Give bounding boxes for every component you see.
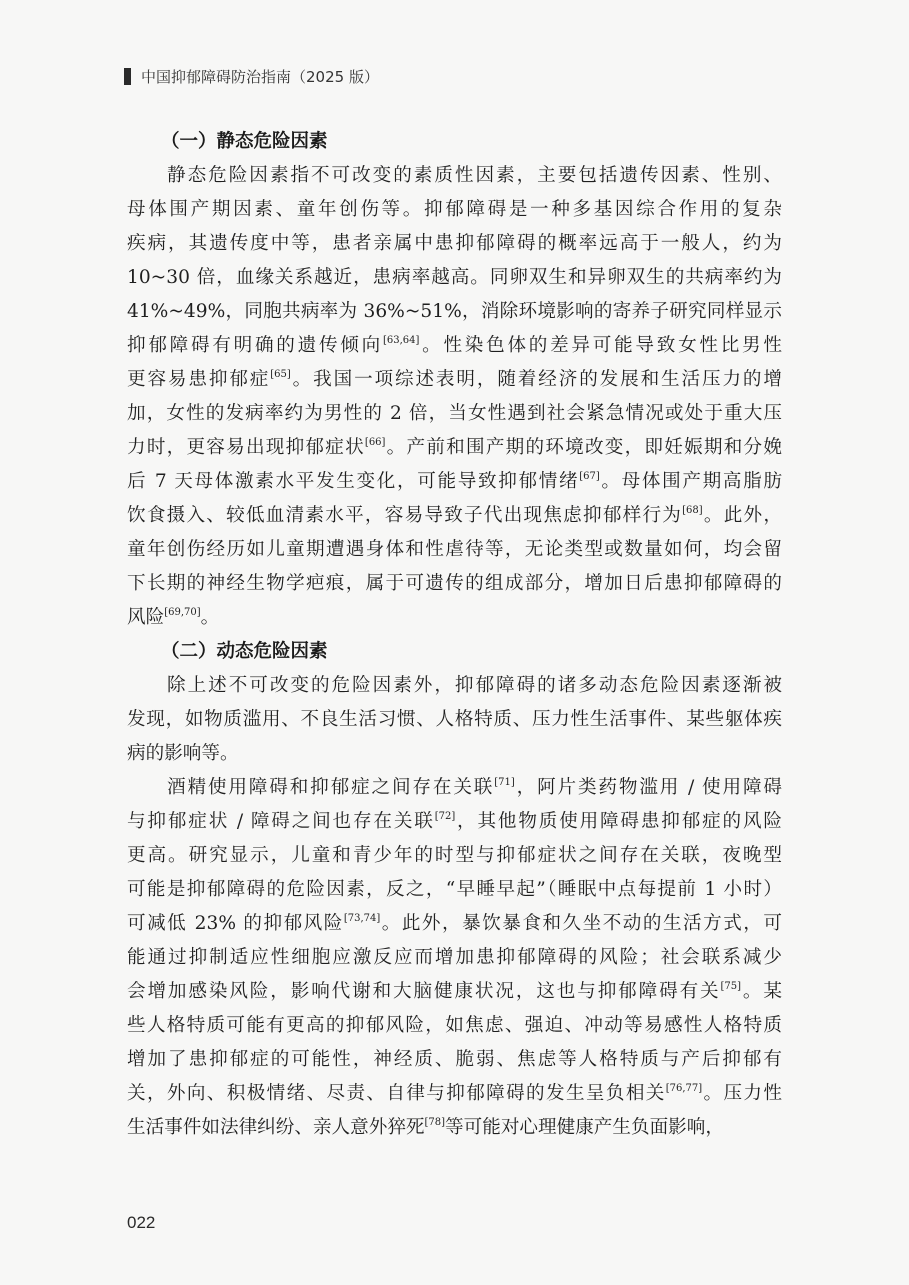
text-line: 除上述不可改变的危险因素外，抑郁障碍的诸多动态危险因素逐渐被 bbox=[127, 669, 782, 703]
text-line: 增加了患抑郁症的可能性，神经质、脆弱、焦虑等人格特质与产后抑郁有 bbox=[127, 1043, 782, 1077]
text-line: 会增加感染风险，影响代谢和大脑健康状况，这也与抑郁障碍有关[75]。某 bbox=[127, 975, 782, 1009]
citation: [68] bbox=[682, 505, 703, 516]
citation: [67] bbox=[579, 471, 600, 482]
text-line: 风险[69,70]。 bbox=[127, 601, 782, 635]
text-line: 可减低 23% 的抑郁风险[73,74]。此外，暴饮暴食和久坐不动的生活方式，可 bbox=[127, 907, 782, 941]
text-line: 疾病，其遗传度中等，患者亲属中患抑郁障碍的概率远高于一般人，约为 bbox=[127, 227, 782, 261]
citation: [73,74] bbox=[344, 913, 380, 924]
paragraph-dynamic-intro: 除上述不可改变的危险因素外，抑郁障碍的诸多动态危险因素逐渐被发现，如物质滥用、不… bbox=[127, 669, 782, 771]
text-line: 生活事件如法律纠纷、亲人意外猝死[78]等可能对心理健康产生负面影响， bbox=[127, 1111, 782, 1145]
section-heading-static: （一）静态危险因素 bbox=[127, 125, 782, 159]
text-line: 些人格特质可能有更高的抑郁风险，如焦虑、强迫、冲动等易感性人格特质 bbox=[127, 1009, 782, 1043]
text-line: 41%~49%，同胞共病率为 36%~51%，消除环境影响的寄养子研究同样显示 bbox=[127, 295, 782, 329]
citation: [78] bbox=[425, 1117, 446, 1128]
running-header-title: 中国抑郁障碍防治指南（2025 版） bbox=[141, 66, 379, 87]
text-line: 静态危险因素指不可改变的素质性因素，主要包括遗传因素、性别、 bbox=[127, 159, 782, 193]
text-line: 后 7 天母体激素水平发生变化，可能导致抑郁情绪[67]。母体围产期高脂肪 bbox=[127, 465, 782, 499]
citation: [65] bbox=[270, 369, 291, 380]
citation: [72] bbox=[435, 811, 456, 822]
text-line: 10~30 倍，血缘关系越近，患病率越高。同卵双生和异卵双生的共病率约为 bbox=[127, 261, 782, 295]
paragraph-dynamic-detail: 酒精使用障碍和抑郁症之间存在关联[71]，阿片类药物滥用 / 使用障碍与抑郁症状… bbox=[127, 771, 782, 1145]
running-header: 中国抑郁障碍防治指南（2025 版） bbox=[124, 66, 379, 87]
text-line: 饮食摄入、较低血清素水平，容易导致子代出现焦虑抑郁样行为[68]。此外， bbox=[127, 499, 782, 533]
citation: [71] bbox=[494, 777, 515, 788]
text-line: 童年创伤经历如儿童期遭遇身体和性虐待等，无论类型或数量如何，均会留 bbox=[127, 533, 782, 567]
citation: [66] bbox=[365, 437, 386, 448]
citation: [75] bbox=[721, 981, 742, 992]
text-line: 能通过抑制适应性细胞应激反应而增加患抑郁障碍的风险；社会联系减少 bbox=[127, 941, 782, 975]
text-line: 酒精使用障碍和抑郁症之间存在关联[71]，阿片类药物滥用 / 使用障碍 bbox=[127, 771, 782, 805]
text-line: 病的影响等。 bbox=[127, 737, 782, 771]
text-line: 关，外向、积极情绪、尽责、自律与抑郁障碍的发生呈负相关[76,77]。压力性 bbox=[127, 1077, 782, 1111]
citation: [63,64] bbox=[383, 335, 419, 346]
text-line: 更高。研究显示，儿童和青少年的时型与抑郁症状之间存在关联，夜晚型 bbox=[127, 839, 782, 873]
paragraph-static-risk: 静态危险因素指不可改变的素质性因素，主要包括遗传因素、性别、母体围产期因素、童年… bbox=[127, 159, 782, 635]
text-line: 抑郁障碍有明确的遗传倾向[63,64]。性染色体的差异可能导致女性比男性 bbox=[127, 329, 782, 363]
text-line: 母体围产期因素、童年创伤等。抑郁障碍是一种多基因综合作用的复杂 bbox=[127, 193, 782, 227]
text-line: 力时，更容易出现抑郁症状[66]。产前和围产期的环境改变，即妊娠期和分娩 bbox=[127, 431, 782, 465]
text-line: 更容易患抑郁症[65]。我国一项综述表明，随着经济的发展和生活压力的增 bbox=[127, 363, 782, 397]
text-line: 下长期的神经生物学疤痕，属于可遗传的组成部分，增加日后患抑郁障碍的 bbox=[127, 567, 782, 601]
citation: [69,70] bbox=[164, 607, 200, 618]
text-line: 加，女性的发病率约为男性的 2 倍，当女性遇到社会紧急情况或处于重大压 bbox=[127, 397, 782, 431]
text-line: 发现，如物质滥用、不良生活习惯、人格特质、压力性生活事件、某些躯体疾 bbox=[127, 703, 782, 737]
page-number: 022 bbox=[127, 1213, 155, 1233]
text-line: 与抑郁症状 / 障碍之间也存在关联[72]，其他物质使用障碍患抑郁症的风险 bbox=[127, 805, 782, 839]
header-bar-icon bbox=[124, 68, 131, 85]
section-heading-dynamic: （二）动态危险因素 bbox=[127, 635, 782, 669]
citation: [76,77] bbox=[666, 1083, 702, 1094]
text-line: 可能是抑郁障碍的危险因素，反之，“早睡早起”（睡眠中点每提前 1 小时） bbox=[127, 873, 782, 907]
page-content: （一）静态危险因素 静态危险因素指不可改变的素质性因素，主要包括遗传因素、性别、… bbox=[127, 125, 782, 1145]
